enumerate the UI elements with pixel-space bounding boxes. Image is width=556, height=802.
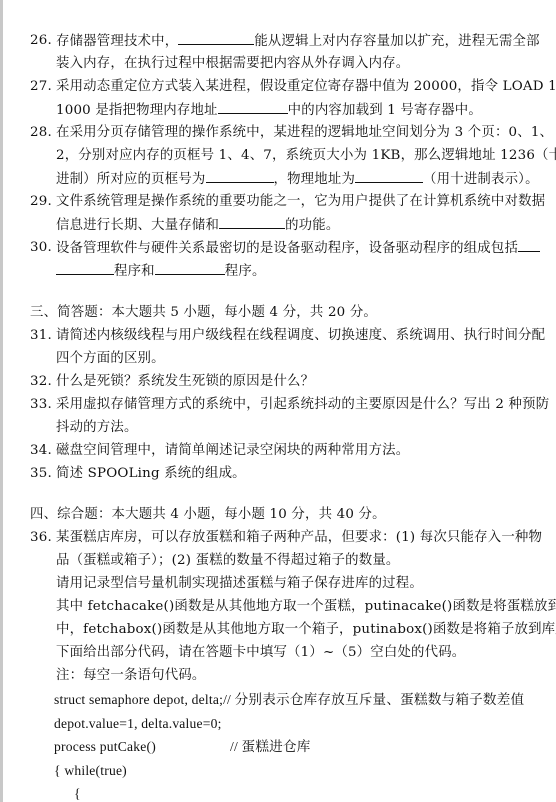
question-text: 能从逻辑上对内存容量加以扩充，进程无需全部 <box>254 34 539 49</box>
question-29-cont: 信息进行长期、大量存储和的功能。 <box>56 216 339 235</box>
question-36-note: 注：每空一条语句代码。 <box>56 667 206 685</box>
question-33-cont: 抖动的方法。 <box>56 419 138 437</box>
question-number: 29. <box>30 193 56 211</box>
question-text: 中的内容加载到 1 号寄存器中。 <box>288 103 482 118</box>
question-text: 存储器管理技术中， <box>56 34 178 49</box>
question-text: 程序。 <box>225 264 266 279</box>
question-number: 33. <box>30 396 56 414</box>
question-text: 某蛋糕店库房，可以存放蛋糕和箱子两种产品，但要求：(1) 每次只能存入一种物 <box>56 529 542 547</box>
code-comment: // 蛋糕进仓库 <box>230 738 311 756</box>
question-text: 请简述内核级线程与用户级线程在线程调度、切换速度、系统调用、执行时间分配 <box>56 327 545 345</box>
fill-blank <box>206 170 274 183</box>
fill-blank <box>56 262 114 275</box>
question-text: 进制）所对应的页框号为 <box>56 172 206 187</box>
question-text: 1000 是指把物理内存地址 <box>56 103 218 118</box>
question-30-cont: 程序和程序。 <box>56 262 266 281</box>
section-4-heading: 四、综合题：本大题共 4 小题，每小题 10 分，共 40 分。 <box>30 506 386 524</box>
question-36-cont: 中，fetchabox()函数是从其他地方取一个箱子，putinabox()函数… <box>56 621 556 639</box>
code-line: struct semaphore depot, delta;// 分别表示仓库存… <box>54 691 524 709</box>
question-text: 什么是死锁？系统发生死锁的原因是什么？ <box>56 373 314 391</box>
question-36-cont: 下面给出部分代码，请在答题卡中填写（1）~（5）空白处的代码。 <box>56 644 465 662</box>
question-number: 32. <box>30 373 56 391</box>
question-number: 27. <box>30 78 56 96</box>
question-31-cont: 四个方面的区别。 <box>56 350 165 368</box>
question-number: 30. <box>30 239 56 257</box>
question-text: 的功能。 <box>285 218 339 233</box>
question-text: 程序和 <box>114 264 155 279</box>
question-27-cont: 1000 是指把物理内存地址中的内容加载到 1 号寄存器中。 <box>56 101 482 120</box>
fill-blank <box>219 216 285 229</box>
section-3-heading: 三、简答题：本大题共 5 小题，每小题 4 分，共 20 分。 <box>30 304 377 322</box>
question-text: 信息进行长期、大量存储和 <box>56 218 219 233</box>
fill-blank <box>218 101 288 114</box>
question-text: 采用动态重定位方式装入某进程，假设重定位寄存器中值为 20000，指令 LOAD… <box>56 78 556 96</box>
code-line: depot.value=1, delta.value=0; <box>54 715 222 733</box>
question-number: 35. <box>30 465 56 483</box>
question-text: 设备管理软件与硬件关系最密切的是设备驱动程序，设备驱动程序的组成包括 <box>56 241 518 256</box>
question-text: 文件系统管理是操作系统的重要功能之一，它为用户提供了在计算机系统中对数据 <box>56 193 545 211</box>
code-line: process putCake() // 蛋糕进仓库 <box>54 738 156 756</box>
code-line: { <box>74 785 81 802</box>
question-text: ，物理地址为 <box>274 172 356 187</box>
code-line: { while(true) <box>54 762 127 780</box>
code-text: process putCake() <box>54 739 156 754</box>
question-36-cont: 请用记录型信号量机制实现描述蛋糕与箱子保存进库的过程。 <box>56 575 423 593</box>
question-text: 磁盘空间管理中，请简单阐述记录空闲块的两种常用方法。 <box>56 442 409 460</box>
fill-blank <box>155 262 225 275</box>
question-text: 在采用分页存储管理的操作系统中，某进程的逻辑地址空间划分为 3 个页：0、1、 <box>56 124 553 142</box>
question-number: 31. <box>30 327 56 345</box>
question-36-cont: 品（蛋糕或箱子）；(2) 蛋糕的数量不得超过箱子的数量。 <box>56 552 400 570</box>
question-text: （用十进制表示）。 <box>423 172 539 187</box>
fill-blank <box>355 170 423 183</box>
question-text: 采用虚拟存储管理方式的系统中，引起系统抖动的主要原因是什么？写出 2 种预防 <box>56 396 549 414</box>
question-number: 26. <box>30 32 56 50</box>
question-36-cont: 其中 fetchacake()函数是从其他地方取一个蛋糕，putinacake(… <box>56 598 556 616</box>
question-text: 简述 SPOOLing 系统的组成。 <box>56 465 246 483</box>
fill-blank <box>178 32 254 45</box>
fill-blank <box>518 239 540 252</box>
question-28-cont2: 进制）所对应的页框号为，物理地址为（用十进制表示）。 <box>56 170 539 189</box>
question-number: 34. <box>30 442 56 460</box>
question-28-cont: 2，分别对应内存的页框号 1、4、7，系统页大小为 1KB，那么逻辑地址 123… <box>56 147 556 165</box>
question-26-cont: 装入内存，在执行过程中根据需要把内容从外存调入内存。 <box>56 55 409 73</box>
question-number: 36. <box>30 529 56 547</box>
page-left-border <box>0 0 3 802</box>
question-number: 28. <box>30 124 56 142</box>
